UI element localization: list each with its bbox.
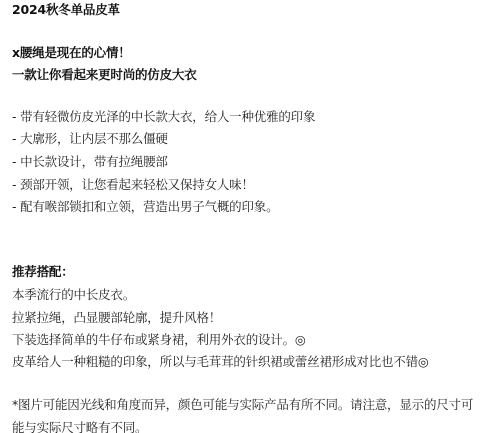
headline-line-2: 一款让你看起来更时尚的仿皮大衣 xyxy=(12,67,197,83)
feature-item: - 中长款设计，带有拉绳腰部 xyxy=(12,154,168,170)
feature-item: - 配有喉部锁扣和立领，营造出男子气概的印象。 xyxy=(12,199,278,215)
footnote-line-2: 能与实际尺寸略有不同。 xyxy=(12,420,147,433)
styling-line: 下装选择简单的牛仔布或紧身裙，利用外衣的设计。◎ xyxy=(12,332,306,348)
styling-line: 皮革给人一种粗糙的印象，所以与毛茸茸的针织裙或蕾丝裙形成对比也不错◎ xyxy=(12,354,429,370)
feature-item: - 带有轻微仿皮光泽的中长款大衣，给人一种优雅的印象 xyxy=(12,109,315,125)
feature-item: - 颈部开领，让您看起来轻松又保持女人味！ xyxy=(12,177,254,193)
page-title: 2024秋冬单品皮革 xyxy=(12,2,120,18)
styling-line: 本季流行的中长皮衣。 xyxy=(12,287,135,303)
footnote-line-1: *图片可能因光线和角度而异，颜色可能与实际产品有所不同。请注意，显示的尺寸可 xyxy=(12,397,473,413)
styling-line: 拉紧拉绳，凸显腰部轮廓，提升风格！ xyxy=(12,310,221,326)
styling-heading: 推荐搭配： xyxy=(12,264,74,280)
feature-item: - 大廓形，让内层不那么僵硬 xyxy=(12,131,168,147)
headline-line-1: x腰绳是现在的心情！ xyxy=(12,45,131,61)
